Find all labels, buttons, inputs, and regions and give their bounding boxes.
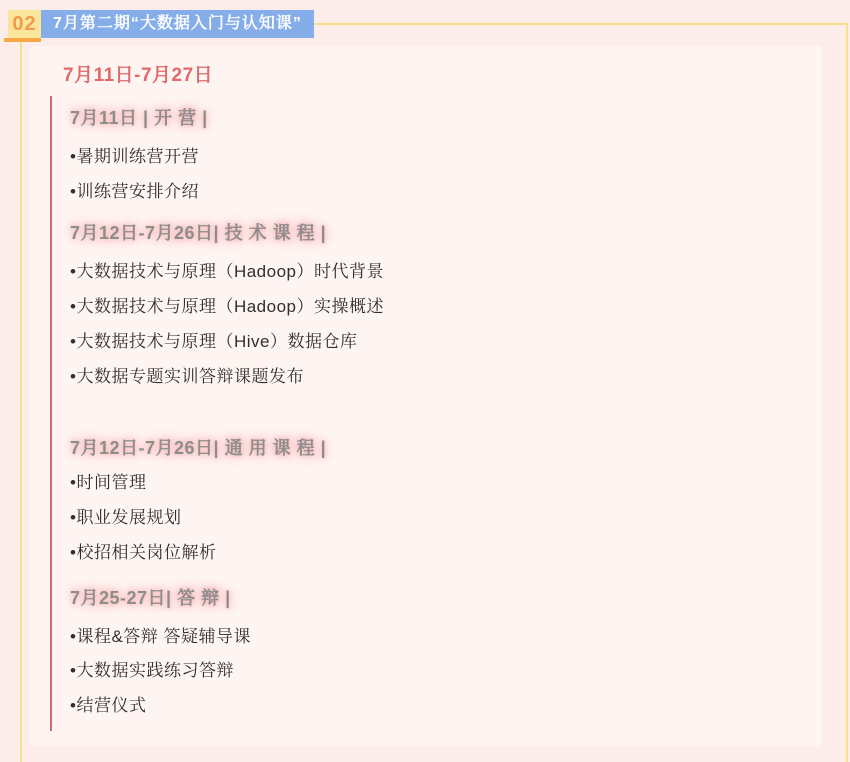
yellow-frame-line-top [311,23,847,25]
schedule-item: •暑期训练营开营 [70,142,199,167]
schedule-item: •职业发展规划 [70,503,181,528]
section-heading-opening: 7月11日 | 开 营 | [70,104,208,130]
schedule-item: •大数据技术与原理（Hive）数据仓库 [70,327,357,352]
date-range-heading: 7月11日-7月27日 [63,60,213,87]
yellow-frame-line-left [20,40,22,762]
section-title-badge: 7月第二期“大数据入门与认知课” [41,10,314,38]
schedule-item: •训练营安排介绍 [70,177,199,202]
section-number-underline [4,38,41,42]
schedule-item: •大数据专题实训答辩课题发布 [70,362,304,387]
schedule-item: •校招相关岗位解析 [70,538,216,563]
schedule-item: •时间管理 [70,468,146,493]
schedule-item: •大数据技术与原理（Hadoop）实操概述 [70,292,384,317]
schedule-item: •课程&答辩 答疑辅导课 [70,622,251,647]
section-heading-defense: 7月25-27日| 答 辩 | [70,584,231,610]
yellow-frame-line-right [846,23,848,762]
section-heading-general: 7月12日-7月26日| 通 用 课 程 | [70,434,326,460]
section-number: 02 [8,10,41,38]
schedule-item: •大数据技术与原理（Hadoop）时代背景 [70,257,384,282]
schedule-block: 7月11日 | 开 营 | •暑期训练营开营 •训练营安排介绍 7月12日-7月… [50,96,772,731]
section-heading-technical: 7月12日-7月26日| 技 术 课 程 | [70,219,326,245]
schedule-item: •结营仪式 [70,691,146,716]
schedule-item: •大数据实践练习答辩 [70,656,234,681]
